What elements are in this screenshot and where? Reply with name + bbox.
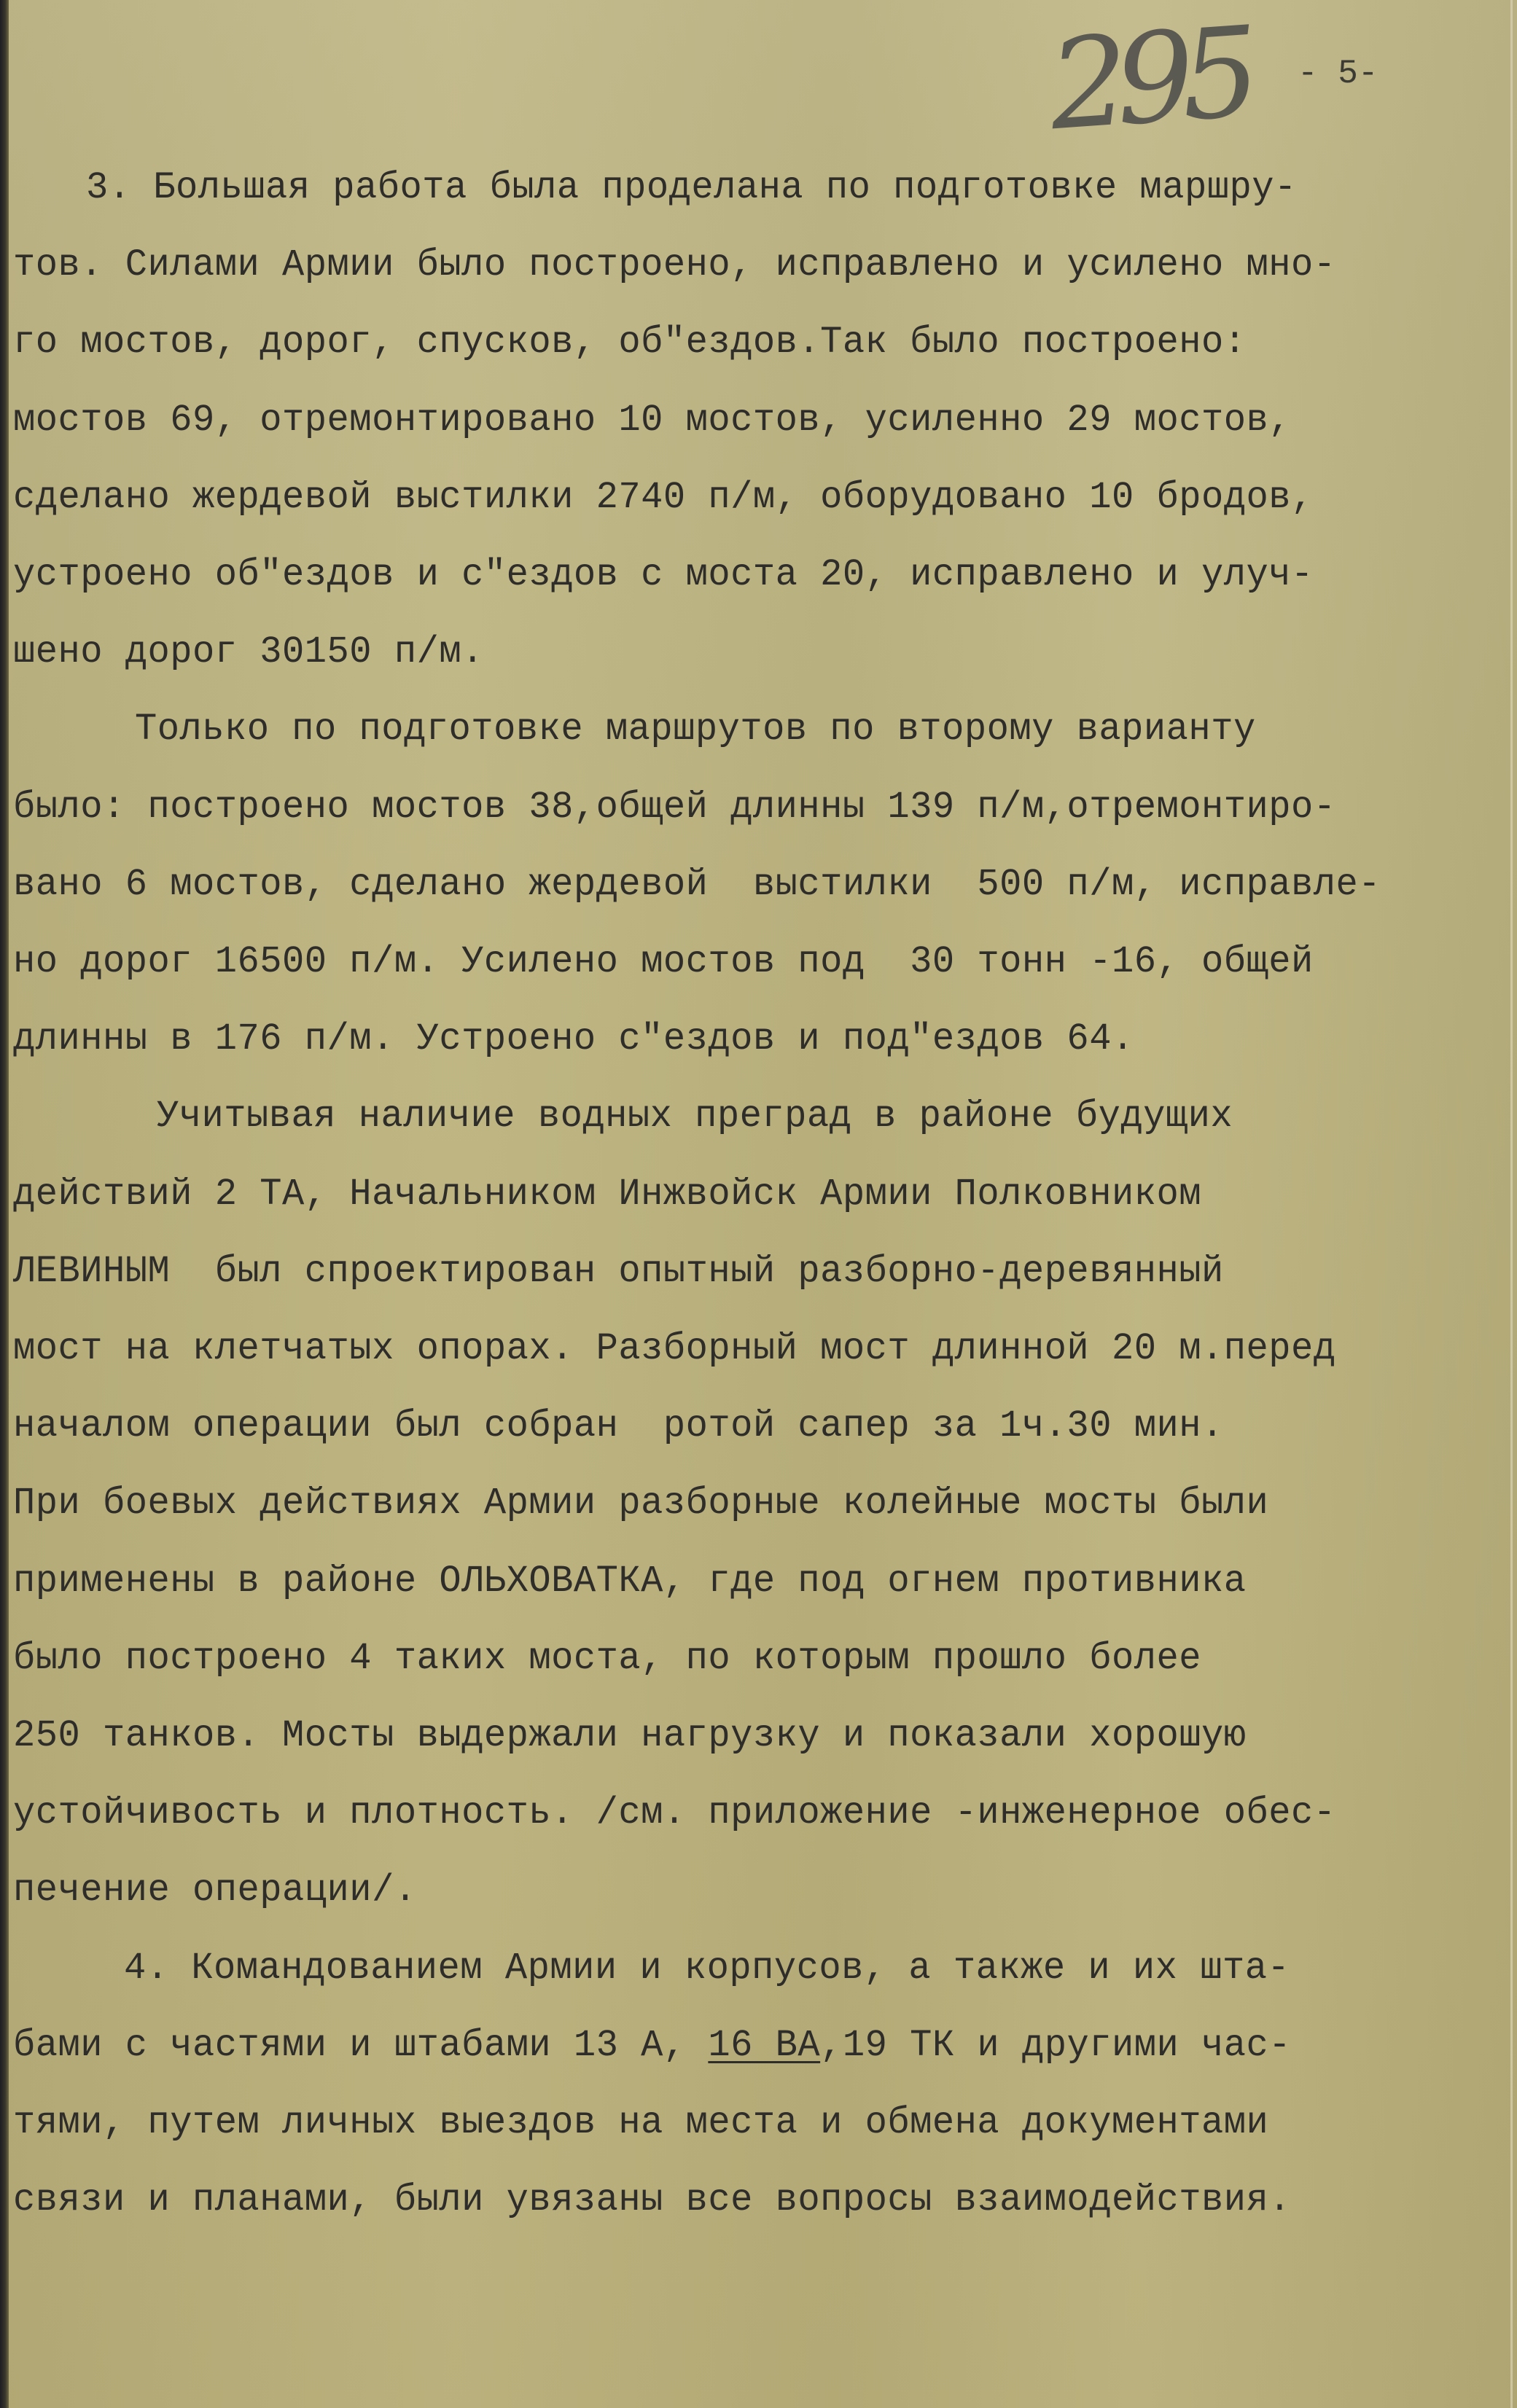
underlined-unit: 16 ВА [708,2024,820,2067]
text-line: При боевых действиях Армии разборные кол… [13,1482,1268,1525]
text-line: устроено об"ездов и с"ездов с моста 20, … [13,553,1314,596]
text-line: было построено 4 таких моста, по которым… [13,1637,1201,1680]
text-line: го мостов, дорог, спусков, об"ездов.Так … [13,321,1246,364]
text-line: 3. Большая работа была проделана по подг… [86,166,1297,209]
text-line: устойчивость и плотность. /см. приложени… [13,1791,1335,1834]
text-line: действий 2 ТА, Начальником Инжвойск Арми… [13,1173,1201,1216]
text-line: Учитывая наличие водных преград в районе… [157,1095,1233,1138]
text-line: бами с частями и штабами 13 А, 16 ВА,19 … [13,2024,1291,2067]
binding-edge [0,0,9,2408]
text-line: Только по подготовке маршрутов по втором… [135,708,1256,751]
text-line: применены в районе ОЛЬХОВАТКА, где под о… [13,1560,1246,1603]
text-line: мост на клетчатых опорах. Разборный мост… [13,1327,1335,1370]
text-line: тями, путем личных выездов на места и об… [13,2101,1268,2144]
text-line: 250 танков. Мосты выдержали нагрузку и п… [13,1714,1246,1757]
paper-edge [1510,0,1513,2408]
text-line: сделано жердевой выстилки 2740 п/м, обор… [13,476,1314,519]
text-line: вано 6 мостов, сделано жердевой выстилки… [13,863,1381,906]
text-line: 4. Командованием Армии и корпусов, а так… [124,1947,1290,1990]
text-line: длинны в 176 п/м. Устроено с"ездов и под… [13,1017,1134,1060]
document-page: 295 - 5- 3. Большая работа была проделан… [0,0,1517,2408]
text-line: тов. Силами Армии было построено, исправ… [13,243,1335,286]
text-line: шено дорог 30150 п/м. [13,630,484,673]
text-line: началом операции был собран ротой сапер … [13,1404,1224,1447]
text-line: было: построено мостов 38,общей длинны 1… [13,786,1335,829]
text-line: мостов 69, отремонтировано 10 мостов, ус… [13,399,1291,442]
text-line: но дорог 16500 п/м. Усилено мостов под 3… [13,940,1314,983]
text-line: ЛЕВИНЫМ был спроектирован опытный разбор… [13,1250,1224,1293]
text-line: печение операции/. [13,1869,417,1912]
page-number: - 5- [1298,55,1378,93]
text-line: связи и планами, были увязаны все вопрос… [13,2178,1291,2221]
archive-folio-number: 295 [1045,1,1252,158]
